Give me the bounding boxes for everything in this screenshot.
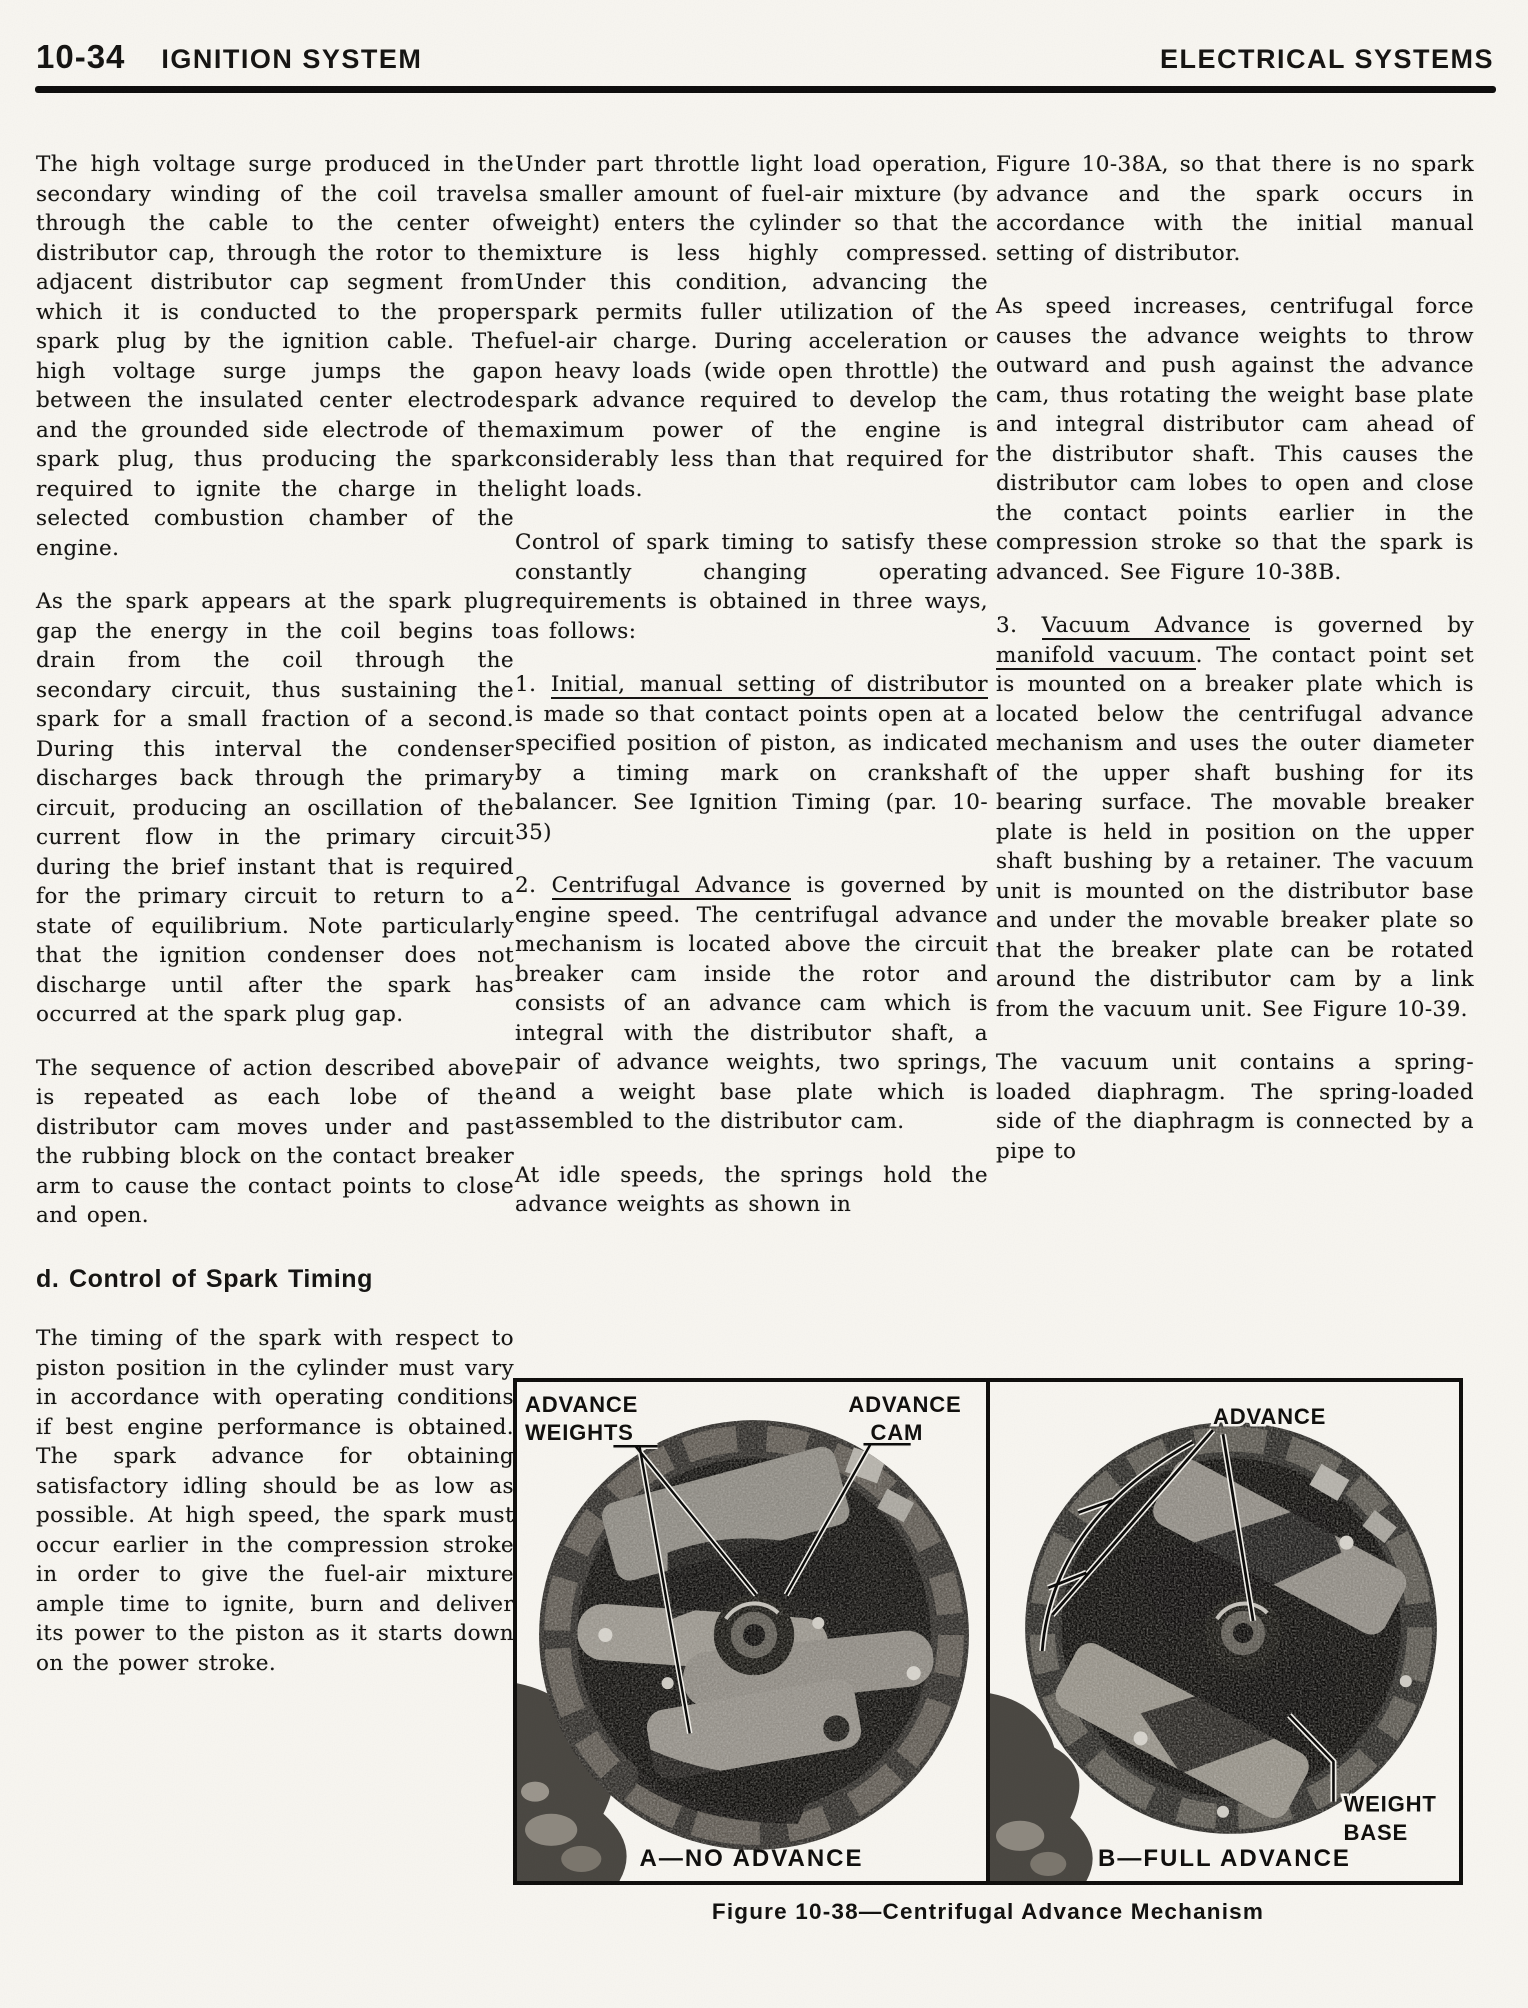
label-advance-cam-line1: ADVANCE: [848, 1392, 961, 1417]
distributor-photo-full-advance: ADVANCE WEIGHT BASE: [990, 1382, 1459, 1881]
panel-b-caption: B—FULL ADVANCE: [990, 1845, 1459, 1873]
numbered-item-2: 2. Centrifugal Advance is governed by en…: [515, 871, 988, 1137]
text-column-2: Under part throttle light load operation…: [515, 150, 988, 1244]
section-title-left: IGNITION SYSTEM: [161, 44, 422, 74]
figure-caption: Figure 10-38—Centrifugal Advance Mechani…: [513, 1899, 1463, 1925]
figure-panel-b: ADVANCE WEIGHT BASE B—FULL ADVANCE: [990, 1382, 1459, 1881]
paragraph: The sequence of action described above i…: [36, 1054, 514, 1231]
label-advance: ADVANCE: [1213, 1404, 1326, 1429]
paragraph: Control of spark timing to satisfy these…: [515, 528, 988, 646]
label-weight-base-line2: BASE: [1344, 1820, 1409, 1845]
underlined-term: manifold vacuum: [996, 643, 1196, 670]
text-column-3: Figure 10-38A, so that there is no spark…: [996, 150, 1474, 1190]
figure-10-38: ADVANCE WEIGHTS ADVANCE CAM A—NO ADVANCE: [513, 1378, 1463, 1885]
paragraph: As the spark appears at the spark plug g…: [36, 587, 514, 1030]
numbered-item-1: 1. Initial, manual setting of distributo…: [515, 670, 988, 847]
item-number: 1.: [515, 672, 551, 697]
label-advance-cam-line2: CAM: [871, 1420, 924, 1445]
paragraph: The vacuum unit contains a spring-loaded…: [996, 1048, 1474, 1166]
manual-page: 10-34IGNITION SYSTEM ELECTRICAL SYSTEMS …: [0, 0, 1528, 2008]
paragraph: As speed increases, centrifugal force ca…: [996, 292, 1474, 587]
underlined-term: Vacuum Advance: [1042, 613, 1251, 640]
label-weight-base-line1: WEIGHT: [1344, 1792, 1437, 1817]
panel-a-caption: A—NO ADVANCE: [517, 1845, 986, 1873]
item-text: . The contact point set is mounted on a …: [996, 643, 1474, 1022]
section-title-right: ELECTRICAL SYSTEMS: [1160, 44, 1494, 74]
subsection-heading: d. Control of Spark Timing: [36, 1265, 514, 1295]
header-right: ELECTRICAL SYSTEMS: [1160, 44, 1494, 75]
item-number: 2.: [515, 873, 552, 898]
paragraph: Under part throttle light load operation…: [515, 150, 988, 504]
label-advance-weights-line1: ADVANCE: [525, 1392, 638, 1417]
header-rule: [35, 86, 1496, 93]
text-column-1: The high voltage surge produced in the s…: [36, 150, 514, 1702]
numbered-item-3: 3. Vacuum Advance is governed by manifol…: [996, 611, 1474, 1024]
header-left: 10-34IGNITION SYSTEM: [36, 38, 422, 76]
label-advance-weights-line2: WEIGHTS: [525, 1420, 634, 1445]
figure-panel-a: ADVANCE WEIGHTS ADVANCE CAM A—NO ADVANCE: [517, 1382, 990, 1881]
paragraph: The high voltage surge produced in the s…: [36, 150, 514, 563]
item-text: is governed by: [1250, 613, 1474, 638]
paragraph: Figure 10-38A, so that there is no spark…: [996, 150, 1474, 268]
paragraph: At idle speeds, the springs hold the adv…: [515, 1161, 988, 1220]
page-number: 10-34: [36, 38, 125, 75]
page-header: 10-34IGNITION SYSTEM ELECTRICAL SYSTEMS: [36, 38, 1494, 76]
item-text: is made so that contact points open at a…: [515, 702, 988, 845]
item-text: is governed by engine speed. The centrif…: [515, 873, 988, 1134]
underlined-term: Initial, manual setting of distributor: [551, 672, 988, 699]
item-number: 3.: [996, 613, 1042, 638]
underlined-term: Centrifugal Advance: [552, 873, 791, 900]
paragraph: The timing of the spark with respect to …: [36, 1324, 514, 1678]
distributor-photo-no-advance: ADVANCE WEIGHTS ADVANCE CAM: [517, 1382, 986, 1881]
